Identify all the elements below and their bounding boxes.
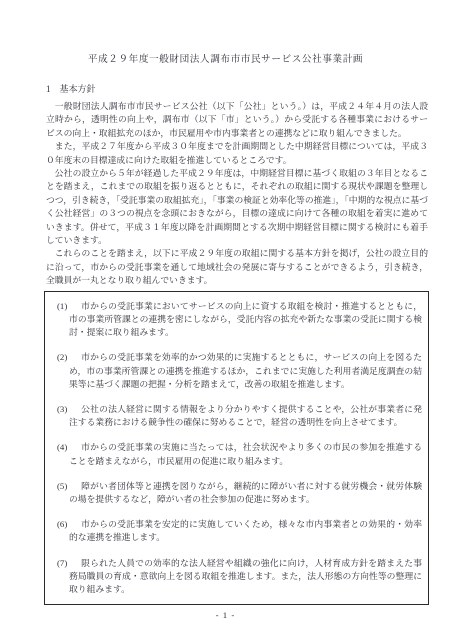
policy-item: (4)市からの受託事業の実施に当たっては，社会状況やより多くの市民の参加を推進す… <box>57 441 422 467</box>
policy-item-number: (4) <box>57 441 81 454</box>
policy-item-number: (1) <box>57 300 81 313</box>
policy-item: (7)限られた人員での効率的な法人経営や組織の強化に向け，人材育成方針を踏まえた… <box>57 557 422 597</box>
body-paragraph: これらのことを踏まえ，以下に平成２９年度の取組に関する基本方針を掲げ，公社の設立… <box>46 247 428 287</box>
policy-item-number: (5) <box>57 480 81 493</box>
document-title: 平成２９年度一般財団法人調布市市民サービス公社事業計画 <box>0 0 451 66</box>
policy-item-text: 市からの受託事業においてサービスの向上に資する取組を検討・推進するとともに，市の… <box>69 301 422 337</box>
policy-item: (6)市からの受託事業を安定的に実施していくため，様々な市内事業者との効果的・効… <box>57 518 422 544</box>
document-page: 平成２９年度一般財団法人調布市市民サービス公社事業計画 1 基本方針 一般財団法… <box>0 0 451 639</box>
policy-item-text: 公社の法人経営に関する情報をより分かりやすく提供することや，公社が事業者に発注す… <box>69 404 422 427</box>
policy-item-text: 市からの受託事業を安定的に実施していくため，様々な市内事業者との効果的・効率的な… <box>69 519 422 542</box>
policy-item-text: 障がい者団体等と連携を図りながら，継続的に障がい者に対する就労機会・就労体験の場… <box>69 481 422 504</box>
basic-policy-paragraphs: 一般財団法人調布市市民サービス公社（以下「公社」という。）は，平成２４年４月の法… <box>46 100 428 288</box>
policy-item: (2)市からの受託事業を効率的かつ効果的に実施するとともに，サービスの向上を図る… <box>57 351 422 391</box>
body-paragraph: 公社の設立から５年が経過した平成２９年度は，中期経営目標に基づく取組の３年目とな… <box>46 167 428 247</box>
policy-item-number: (3) <box>57 403 81 416</box>
policy-item: (3)公社の法人経営に関する情報をより分かりやすく提供することや，公社が事業者に… <box>57 403 422 429</box>
policy-item-text: 市からの受託事業を効率的かつ効果的に実施するとともに，サービスの向上を図るため，… <box>69 352 422 388</box>
section-heading: 1 基本方針 <box>46 83 428 95</box>
body-paragraph: また，平成２７年度から平成３０年度までを計画期間とした中期経営目標については，平… <box>46 140 428 167</box>
policy-item: (1)市からの受託事業においてサービスの向上に資する取組を検討・推進するとともに… <box>57 300 422 340</box>
policy-box: (1)市からの受託事業においてサービスの向上に資する取組を検討・推進するとともに… <box>44 291 429 605</box>
policy-item-text: 限られた人員での効率的な法人経営や組織の強化に向け，人材育成方針を踏まえた事務局… <box>69 558 422 594</box>
policy-item-number: (6) <box>57 518 81 531</box>
policy-item-number: (2) <box>57 351 81 364</box>
policy-item-text: 市からの受託事業の実施に当たっては，社会状況やより多くの市民の参加を推進すること… <box>69 442 422 465</box>
policy-item-number: (7) <box>57 557 81 570</box>
policy-item: (5)障がい者団体等と連携を図りながら，継続的に障がい者に対する就労機会・就労体… <box>57 480 422 506</box>
body-paragraph: 一般財団法人調布市市民サービス公社（以下「公社」という。）は，平成２４年４月の法… <box>46 100 428 140</box>
page-number: - 1 - <box>0 609 451 621</box>
